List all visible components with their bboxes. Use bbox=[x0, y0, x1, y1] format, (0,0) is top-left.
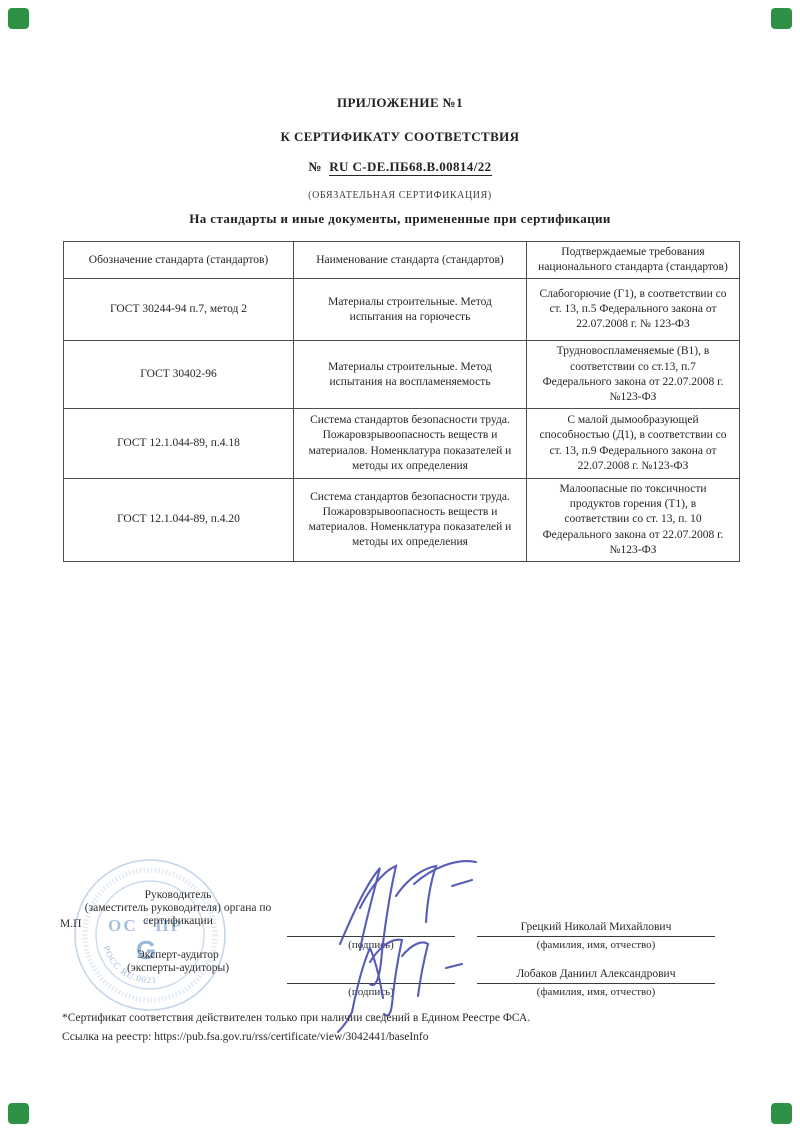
cell-requirements: Трудновоспламеняемые (В1), в соответстви… bbox=[527, 341, 740, 409]
name-line: (фамилия, имя, отчество) bbox=[477, 936, 715, 951]
head-name: Грецкий Николай Михайлович bbox=[477, 921, 715, 933]
certificate-number-prefix: № bbox=[308, 159, 321, 174]
standards-table: Обозначение стандарта (стандартов) Наиме… bbox=[63, 241, 740, 562]
col-header-designation: Обозначение стандарта (стандартов) bbox=[64, 242, 294, 279]
validity-note: *Сертификат соответствия действителен то… bbox=[62, 1012, 530, 1024]
certificate-number: RU C-DE.ПБ68.В.00814/22 bbox=[329, 159, 491, 176]
table-row: ГОСТ 12.1.044-89, п.4.18 Система стандар… bbox=[64, 409, 740, 479]
corner-marker-bottom-left bbox=[8, 1103, 29, 1124]
cell-standard-name: Система стандартов безопасности труда. П… bbox=[294, 479, 527, 562]
name-caption: (фамилия, имя, отчество) bbox=[477, 937, 715, 951]
table-row: ГОСТ 12.1.044-89, п.4.20 Система стандар… bbox=[64, 479, 740, 562]
col-header-name: Наименование стандарта (стандартов) bbox=[294, 242, 527, 279]
registry-link-label: Ссылка на реестр: bbox=[62, 1031, 151, 1043]
name-caption: (фамилия, имя, отчество) bbox=[477, 984, 715, 998]
corner-marker-top-left bbox=[8, 8, 29, 29]
head-role-label: Руководитель (заместитель руководителя) … bbox=[52, 889, 304, 928]
cell-standard-name: Материалы строительные. Метод испытания … bbox=[294, 279, 527, 341]
document-subject: На стандарты и иные документы, примененн… bbox=[0, 211, 800, 227]
table-row: ГОСТ 30244-94 п.7, метод 2 Материалы стр… bbox=[64, 279, 740, 341]
table-row: ГОСТ 30402-96 Материалы строительные. Ме… bbox=[64, 341, 740, 409]
cell-designation: ГОСТ 30244-94 п.7, метод 2 bbox=[64, 279, 294, 341]
appendix-title: ПРИЛОЖЕНИЕ №1 bbox=[0, 95, 800, 111]
cell-designation: ГОСТ 12.1.044-89, п.4.18 bbox=[64, 409, 294, 479]
expert-role-label: Эксперт-аудитор (эксперты-аудиторы) bbox=[52, 949, 304, 975]
cell-requirements: Малоопасные по токсичности продуктов гор… bbox=[527, 479, 740, 562]
cell-standard-name: Система стандартов безопасности труда. П… bbox=[294, 409, 527, 479]
stamp-seal-icon: РОСС RU.0021 ОС "ПР G bbox=[62, 855, 242, 1020]
col-header-requirements: Подтверждаемые требования национального … bbox=[527, 242, 740, 279]
corner-marker-bottom-right bbox=[771, 1103, 792, 1124]
cell-designation: ГОСТ 12.1.044-89, п.4.20 bbox=[64, 479, 294, 562]
handwritten-signatures-icon bbox=[320, 855, 500, 1037]
cell-standard-name: Материалы строительные. Метод испытания … bbox=[294, 341, 527, 409]
registry-link-line: Ссылка на реестр: https://pub.fsa.gov.ru… bbox=[62, 1031, 428, 1043]
cell-requirements: Слабогорючие (Г1), в соответствии со ст.… bbox=[527, 279, 740, 341]
certificate-appendix-page: ПРИЛОЖЕНИЕ №1 К СЕРТИФИКАТУ СООТВЕТСТВИЯ… bbox=[0, 0, 800, 1132]
expert-name: Лобаков Даниил Александрович bbox=[477, 968, 715, 980]
certificate-number-line: № RU C-DE.ПБ68.В.00814/22 bbox=[0, 159, 800, 175]
certificate-title: К СЕРТИФИКАТУ СООТВЕТСТВИЯ bbox=[0, 129, 800, 145]
name-line: (фамилия, имя, отчество) bbox=[477, 983, 715, 998]
cell-requirements: С малой дымообразующей способностью (Д1)… bbox=[527, 409, 740, 479]
registry-url: https://pub.fsa.gov.ru/rss/certificate/v… bbox=[154, 1031, 428, 1043]
certification-type: (ОБЯЗАТЕЛЬНАЯ СЕРТИФИКАЦИЯ) bbox=[0, 190, 800, 201]
corner-marker-top-right bbox=[771, 8, 792, 29]
cell-designation: ГОСТ 30402-96 bbox=[64, 341, 294, 409]
